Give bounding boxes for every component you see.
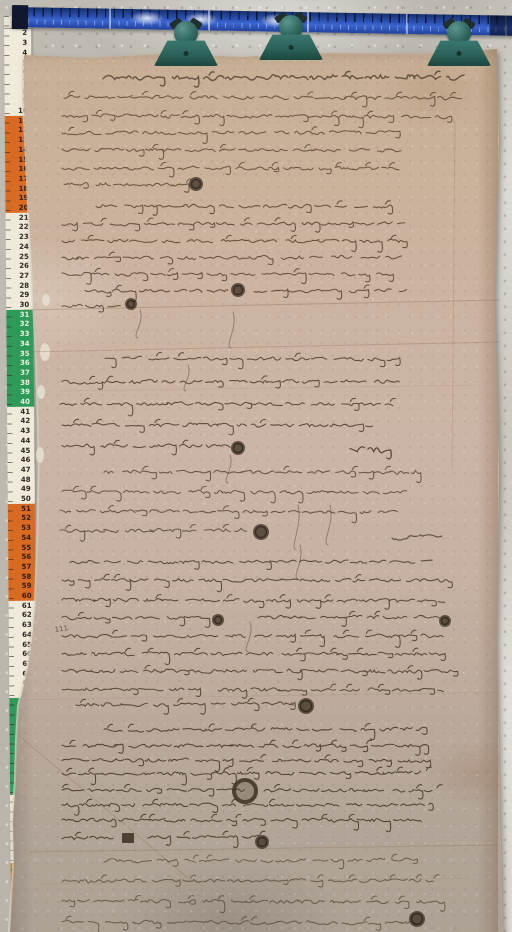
clip-rivet [289,45,294,50]
paper-right-fold [477,48,498,932]
paper-left-edge-shadow [8,660,34,932]
tape-left-cap [12,5,28,29]
manuscript-paper [0,0,512,932]
clip-rivet [457,51,462,56]
bulldog-clip [154,18,218,66]
bulldog-clip [259,12,323,60]
bulldog-clip [427,18,491,66]
tape-dark-end [490,15,512,35]
manuscript-paper-wrap [0,0,512,932]
clip-rivet [184,51,189,56]
